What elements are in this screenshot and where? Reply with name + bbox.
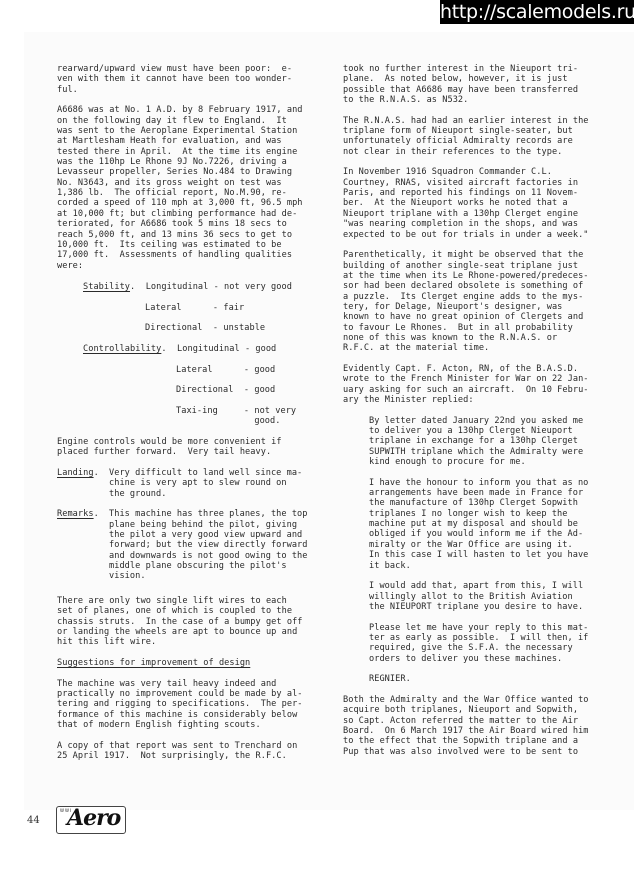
copy-sent-paragraph: A copy of that report was sent to Trench… [57, 741, 317, 762]
letter-paragraph: I would add that, apart from this, I wil… [369, 581, 623, 612]
paragraph-1: took no further interest in the Nieuport… [343, 64, 623, 105]
paragraph-2: The R.N.A.S. had had an earlier interest… [343, 116, 623, 157]
a6686-paragraph: A6686 was at No. 1 A.D. by 8 February 19… [57, 105, 317, 271]
axis-label: Lateral - good [176, 365, 275, 375]
stability-row: Stability. Longitudinal - not very good [83, 282, 317, 303]
axis-label: Directional - good [176, 385, 275, 395]
controllability-row: Lateral - good [83, 365, 317, 386]
controllability-row: Taxi-ing - not very good. [83, 406, 317, 437]
axis-label: Longitudinal - good [177, 344, 276, 354]
landing-text: Very difficult to land well since ma- ch… [109, 468, 302, 499]
axis-label: Taxi-ing - not very good. [176, 406, 296, 426]
suggestions-heading: Suggestions for improvement of design [57, 658, 317, 668]
stability-table: Stability. Longitudinal - not very good … [83, 282, 317, 344]
paragraph-5: Evidently Capt. F. Acton, RN, of the B.A… [343, 364, 623, 405]
suggestions-paragraph: The machine was very tail heavy indeed a… [57, 679, 317, 731]
axis-label: Directional - unstable [145, 323, 265, 333]
axis-label: Longitudinal - not very good [146, 282, 292, 292]
wwi-aero-logo: WWI Aero [56, 806, 126, 834]
remarks-text: This machine has three planes, the top p… [109, 509, 308, 581]
letter-paragraph: By letter dated January 22nd you asked m… [369, 416, 623, 468]
remarks-label: Remarks. [57, 509, 109, 581]
minister-letter: By letter dated January 22nd you asked m… [369, 416, 623, 685]
controllability-table: Controllability. Longitudinal - good Lat… [83, 344, 317, 437]
page-number: 44 [27, 815, 40, 826]
right-column: took no further interest in the Nieuport… [343, 64, 623, 767]
letter-paragraph: Please let me have your reply to this ma… [369, 623, 623, 664]
paragraph-3: In November 1916 Squadron Commander C.L.… [343, 167, 623, 239]
left-column: rearward/upward view must have been poor… [57, 64, 317, 772]
landing-heading: Landing [57, 468, 94, 478]
paragraph-6: Both the Admiralty and the War Office wa… [343, 695, 623, 757]
lift-wires-paragraph: There are only two single lift wires to … [57, 596, 317, 648]
remarks-block: Remarks. This machine has three planes, … [57, 509, 317, 581]
controllability-heading: Controllability [83, 344, 161, 354]
scanned-page: rearward/upward view must have been poor… [24, 32, 634, 810]
paragraph-4: Parenthetically, it might be observed th… [343, 250, 623, 353]
remarks-heading: Remarks [57, 509, 94, 519]
logo-name: Aero [67, 805, 120, 831]
controllability-row: Directional - good [83, 385, 317, 406]
engine-controls-paragraph: Engine controls would be more convenient… [57, 437, 317, 458]
letter-signature: REGNIER. [369, 674, 623, 684]
axis-label: Lateral - fair [145, 303, 244, 313]
letter-paragraph: I have the honour to inform you that as … [369, 478, 623, 571]
controllability-row: Controllability. Longitudinal - good [83, 344, 317, 365]
landing-label: Landing. [57, 468, 109, 499]
intro-paragraph: rearward/upward view must have been poor… [57, 64, 317, 95]
watermark-url: http://scalemodels.ru [440, 0, 634, 24]
stability-heading: Stability [83, 282, 130, 292]
landing-block: Landing. Very difficult to land well sin… [57, 468, 317, 499]
stability-row: Lateral - fair [83, 303, 317, 324]
stability-row: Directional - unstable [83, 323, 317, 344]
